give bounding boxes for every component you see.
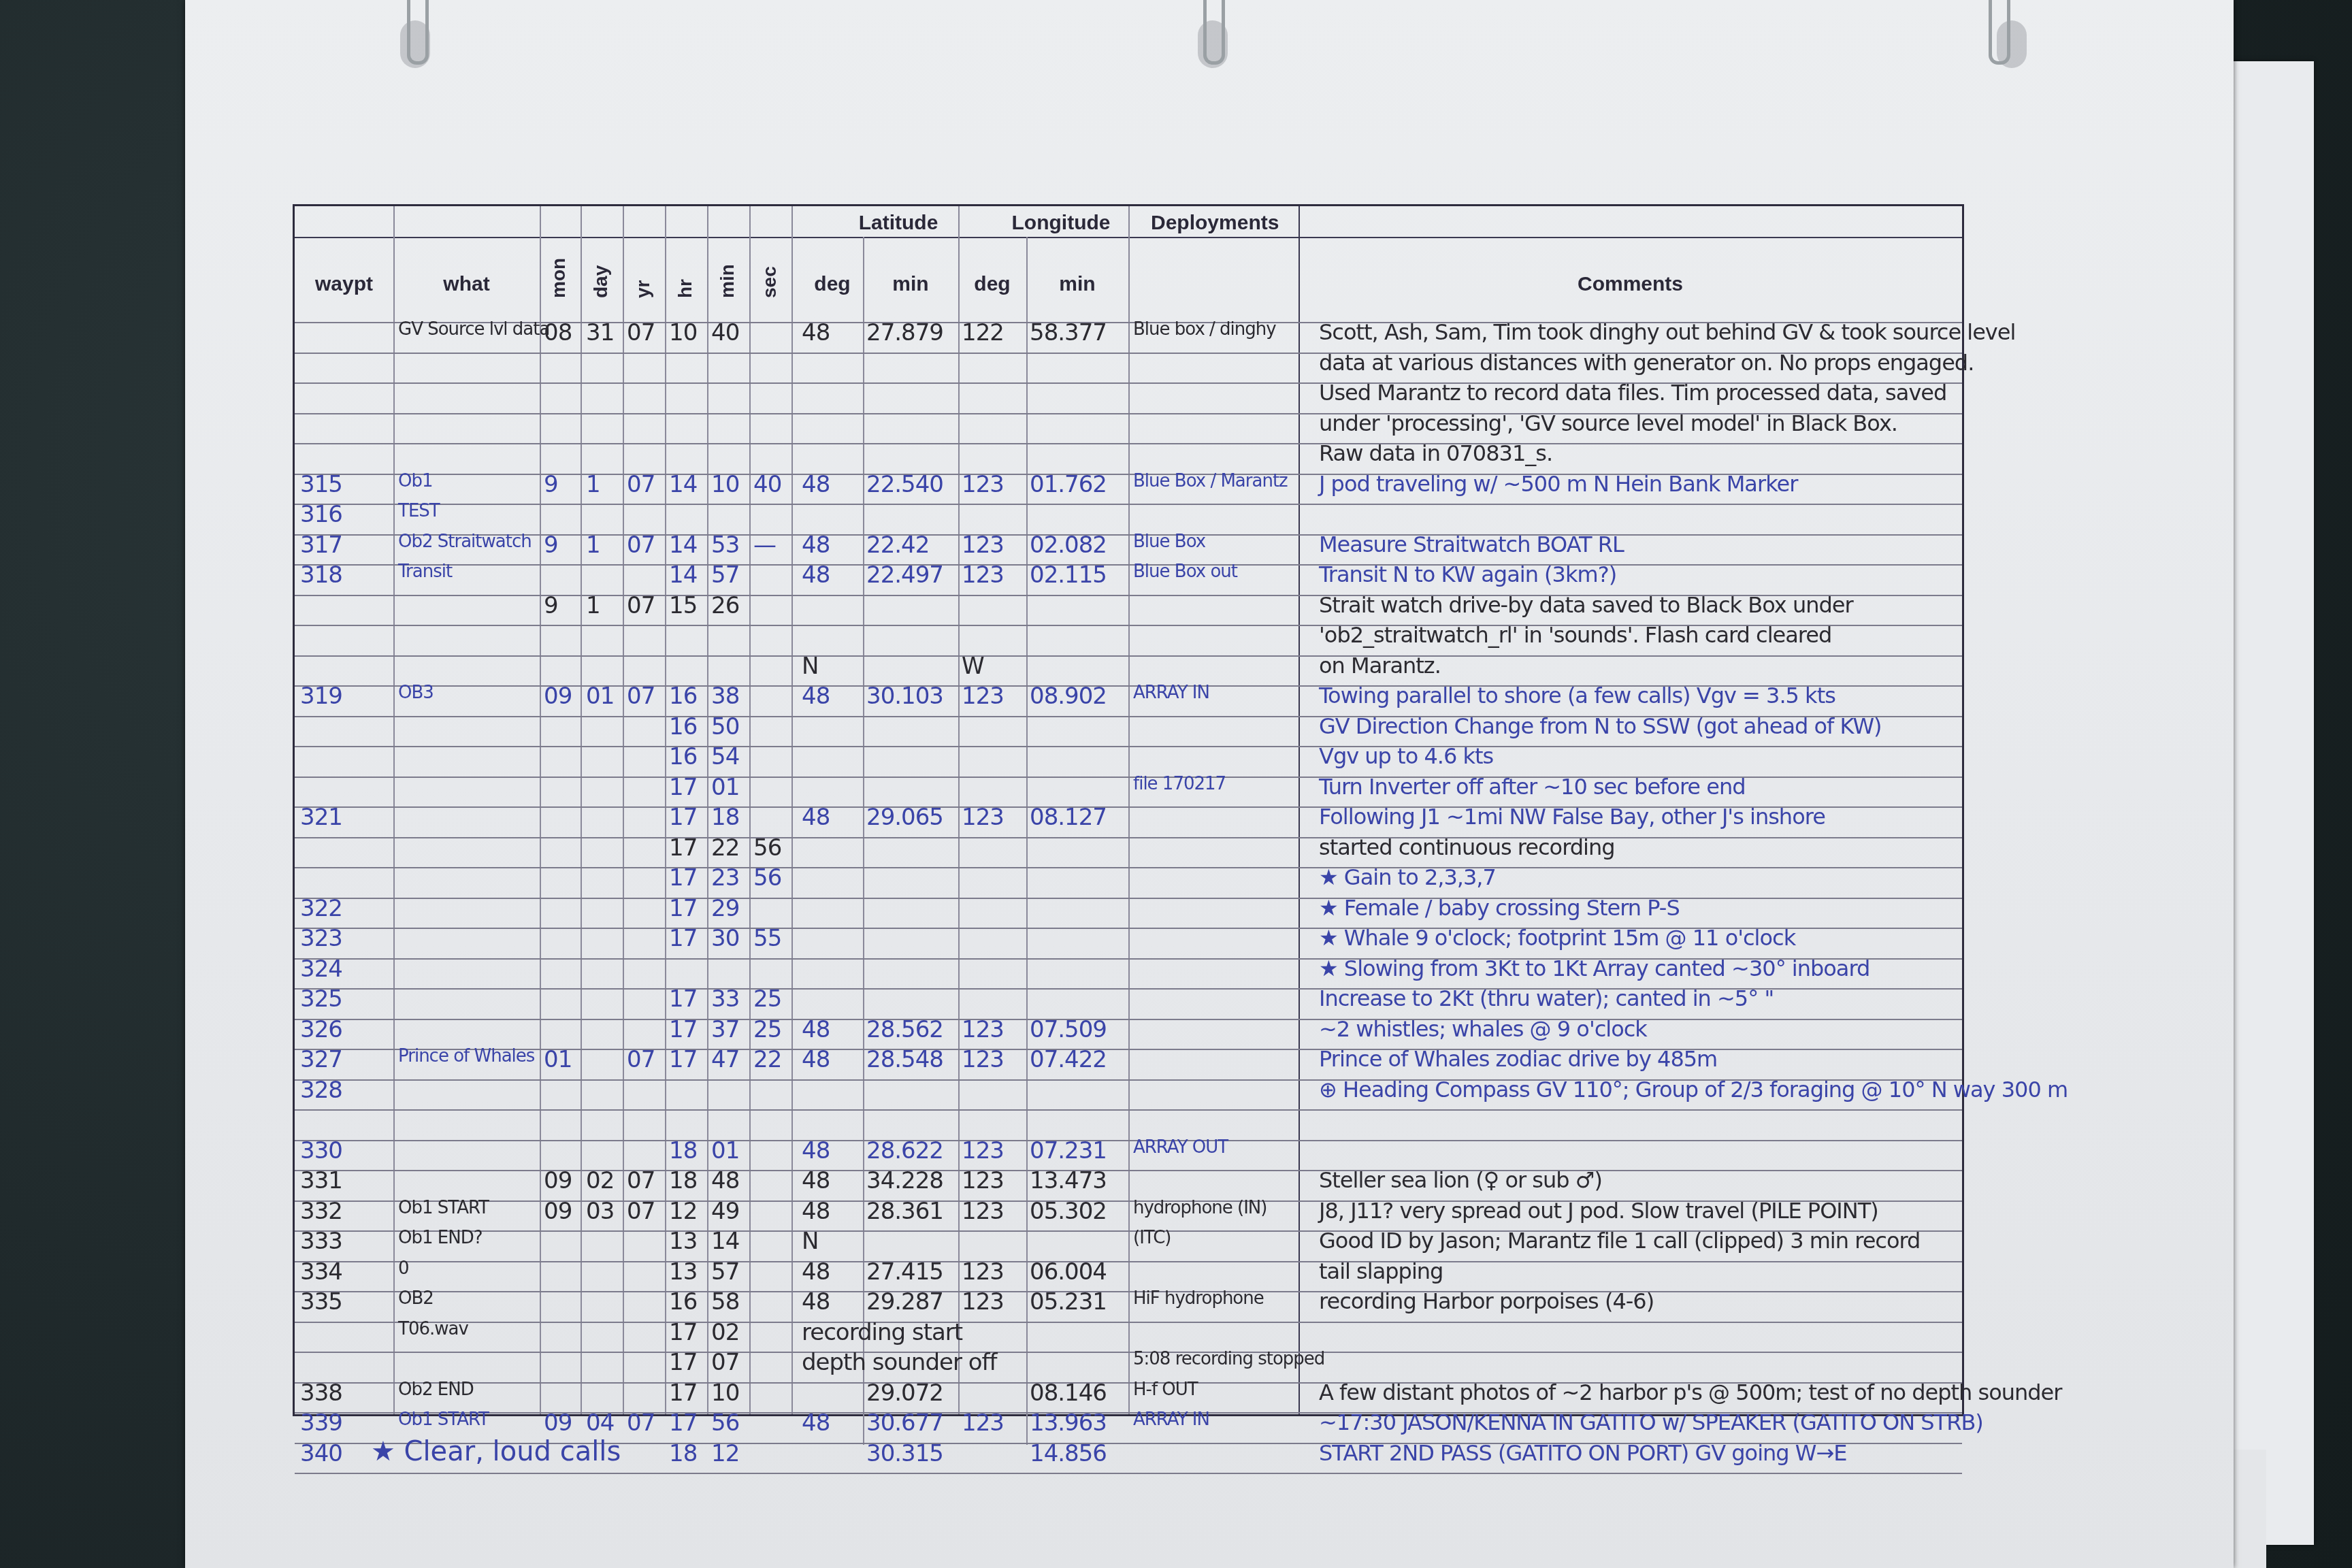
cell-comment: started continuous recording <box>1319 834 1615 860</box>
cell-waypt: 318 <box>300 561 342 589</box>
cell-day: 1 <box>586 471 600 498</box>
cell-what: OB3 <box>398 683 434 703</box>
cell-lon-min: 01.762 <box>1030 471 1107 498</box>
cell-comment: ★ Gain to 2,3,3,7 <box>1319 864 1496 890</box>
cell-day: 02 <box>586 1167 614 1194</box>
cell-lat-deg: 48 <box>802 471 830 498</box>
cell-min: 12 <box>711 1440 739 1467</box>
cell-hr: 17 <box>669 1349 697 1376</box>
header-what: what <box>393 264 540 305</box>
cell-deploy: Blue Box out <box>1133 561 1237 582</box>
cell-mon: 08 <box>544 319 572 346</box>
cell-mon: 9 <box>544 471 558 498</box>
cell-hr: 14 <box>669 471 697 498</box>
cell-what: OB2 <box>398 1288 434 1309</box>
cell-hr: 16 <box>669 743 697 770</box>
cell-comment: tail slapping <box>1319 1258 1443 1284</box>
cell-sec: 55 <box>753 925 781 952</box>
cell-waypt: 319 <box>300 683 342 710</box>
cell-lat-min: 30.677 <box>866 1409 943 1437</box>
cell-min: 54 <box>711 743 739 770</box>
cell-min: 47 <box>711 1046 739 1073</box>
grid-line <box>295 898 1962 899</box>
cell-lon-min: 02.115 <box>1030 561 1107 589</box>
cell-hr: 15 <box>669 592 697 619</box>
grid-line <box>581 206 582 1414</box>
cell-lat-min: 22.497 <box>866 561 943 589</box>
cell-comment: recording Harbor porpoises (4-6) <box>1319 1288 1654 1314</box>
field-log-table: Latitude Longitude Deployments waypt wha… <box>293 204 1964 1416</box>
cell-hr: 10 <box>669 319 697 346</box>
cell-what: Prince of Whales <box>398 1046 534 1066</box>
cell-yr: 07 <box>627 1198 655 1225</box>
grid-line <box>958 206 960 1414</box>
cell-lat-deg: 48 <box>802 1137 830 1164</box>
cell-min: 56 <box>711 1409 739 1437</box>
cell-comment: ~2 whistles; whales @ 9 o'clock <box>1319 1016 1647 1042</box>
cell-lat-min: 28.548 <box>866 1046 943 1073</box>
cell-deploy: Blue box / dinghy <box>1133 319 1276 340</box>
header-hr: hr <box>674 279 696 298</box>
header-lat-min: min <box>863 264 958 305</box>
cell-lat-min: 30.315 <box>866 1440 943 1467</box>
cell-day: 01 <box>586 683 614 710</box>
cell-hr: 17 <box>669 985 697 1013</box>
cell-hr: 18 <box>669 1167 697 1194</box>
cell-yr: 07 <box>627 1409 655 1437</box>
cell-deploy: 5:08 recording stopped <box>1133 1349 1324 1369</box>
cell-sec: — <box>753 532 776 559</box>
grid-line <box>295 746 1962 747</box>
cell-comment: under 'processing', 'GV source level mod… <box>1319 410 1897 436</box>
cell-lat-deg: 48 <box>802 1288 830 1316</box>
cell-comment: Steller sea lion (♀ or sub ♂) <box>1319 1167 1602 1193</box>
header-sec: sec <box>759 266 781 298</box>
grid-line <box>707 206 708 1414</box>
cell-waypt: 335 <box>300 1288 342 1316</box>
cell-hr: 17 <box>669 1016 697 1043</box>
cell-mon: 09 <box>544 1198 572 1225</box>
cell-day: 1 <box>586 532 600 559</box>
cell-lon-min: 08.902 <box>1030 683 1107 710</box>
cell-hr: 17 <box>669 1046 697 1073</box>
cell-lat-deg: 48 <box>802 1258 830 1286</box>
cell-waypt: 334 <box>300 1258 342 1286</box>
grid-line <box>295 655 1962 657</box>
cell-hr: 17 <box>669 925 697 952</box>
cell-comment: J8, J11? very spread out J pod. Slow tra… <box>1319 1198 1878 1224</box>
binder-ring <box>1989 0 2010 65</box>
footnote-legend: ★ Clear, loud calls <box>371 1436 621 1467</box>
cell-day: 04 <box>586 1409 614 1437</box>
cell-comment: A few distant photos of ~2 harbor p's @ … <box>1319 1379 2061 1405</box>
cell-comment: ★ Slowing from 3Kt to 1Kt Array canted ~… <box>1319 955 1869 981</box>
grid-line <box>393 206 395 1414</box>
cell-lon-deg: 123 <box>962 1258 1004 1286</box>
cell-lon-deg: 123 <box>962 1137 1004 1164</box>
cell-sec: 56 <box>753 834 781 862</box>
cell-lon-min: 58.377 <box>1030 319 1107 346</box>
cell-lat-deg: 48 <box>802 804 830 831</box>
cell-min: 10 <box>711 1379 739 1407</box>
cell-yr: 07 <box>627 471 655 498</box>
cell-min: 23 <box>711 864 739 892</box>
cell-lat-min: 29.072 <box>866 1379 943 1407</box>
cell-min: 01 <box>711 1137 739 1164</box>
grid-line <box>295 1352 1962 1353</box>
cell-lat-min: 28.562 <box>866 1016 943 1043</box>
cell-deploy: HiF hydrophone <box>1133 1288 1264 1309</box>
cell-min: 02 <box>711 1319 739 1346</box>
cell-yr: 07 <box>627 592 655 619</box>
cell-hr: 13 <box>669 1228 697 1255</box>
header-longitude: Longitude <box>978 206 1144 240</box>
header-lon-deg: deg <box>958 264 1026 305</box>
cell-comment: ★ Whale 9 o'clock; footprint 15m @ 11 o'… <box>1319 925 1795 951</box>
cell-hr: 17 <box>669 774 697 801</box>
cell-sec: 40 <box>753 471 781 498</box>
cell-lon-deg: 123 <box>962 1409 1004 1437</box>
cell-what: TEST <box>398 501 440 521</box>
cell-hr: 17 <box>669 834 697 862</box>
header-lat-deg: deg <box>802 264 863 305</box>
cell-hr: 18 <box>669 1440 697 1467</box>
cell-comment: Towing parallel to shore (a few calls) V… <box>1319 683 1835 708</box>
cell-hr: 17 <box>669 1319 697 1346</box>
cell-lat-deg: recording start <box>802 1319 962 1346</box>
cell-lat-min: 34.228 <box>866 1167 943 1194</box>
cell-comment: 'ob2_straitwatch_rl' in 'sounds'. Flash … <box>1319 622 1831 648</box>
cell-comment: on Marantz. <box>1319 653 1441 679</box>
cell-comment: Raw data in 070831_s. <box>1319 440 1552 466</box>
cell-min: 49 <box>711 1198 739 1225</box>
cell-yr: 07 <box>627 1046 655 1073</box>
cell-hr: 14 <box>669 532 697 559</box>
header-comments: Comments <box>1298 264 1962 305</box>
cell-deploy: (ITC) <box>1133 1228 1171 1248</box>
cell-lon-deg: 123 <box>962 561 1004 589</box>
cell-min: 40 <box>711 319 739 346</box>
cell-what: Ob2 Straitwatch <box>398 532 532 552</box>
cell-min: 53 <box>711 532 739 559</box>
cell-what: Ob1 END? <box>398 1228 482 1248</box>
cell-waypt: 327 <box>300 1046 342 1073</box>
cell-mon: 01 <box>544 1046 572 1073</box>
cell-min: 18 <box>711 804 739 831</box>
cell-hr: 17 <box>669 1409 697 1437</box>
cell-lon-deg: 123 <box>962 1198 1004 1225</box>
grid-line <box>295 1019 1962 1020</box>
cell-waypt: 323 <box>300 925 342 952</box>
cell-day: 03 <box>586 1198 614 1225</box>
cell-hr: 17 <box>669 804 697 831</box>
cell-hr: 16 <box>669 1288 697 1316</box>
cell-comment: Transit N to KW again (3km?) <box>1319 561 1616 587</box>
grid-line <box>623 206 624 1414</box>
cell-comment: START 2ND PASS (GATITO ON PORT) GV going… <box>1319 1440 1846 1466</box>
cell-waypt: 317 <box>300 532 342 559</box>
grid-line <box>295 1140 1962 1141</box>
cell-lat-min: 30.103 <box>866 683 943 710</box>
cell-min: 01 <box>711 774 739 801</box>
cell-day: 31 <box>586 319 614 346</box>
grid-line <box>295 1261 1962 1262</box>
cell-hr: 16 <box>669 713 697 740</box>
cell-lat-deg: N <box>802 653 818 680</box>
cell-waypt: 333 <box>300 1228 342 1255</box>
grid-line <box>295 1109 1962 1111</box>
cell-lat-min: 28.361 <box>866 1198 943 1225</box>
cell-min: 50 <box>711 713 739 740</box>
cell-lon-min: 02.082 <box>1030 532 1107 559</box>
cell-min: 22 <box>711 834 739 862</box>
header-yr: yr <box>632 280 654 298</box>
cell-lon-deg: 123 <box>962 532 1004 559</box>
cell-waypt: 324 <box>300 955 342 983</box>
cell-deploy: Blue Box / Marantz <box>1133 471 1288 491</box>
cell-waypt: 321 <box>300 804 342 831</box>
header-mon: mon <box>548 258 570 298</box>
cell-lat-deg: 48 <box>802 1409 830 1437</box>
grid-line <box>295 867 1962 868</box>
cell-mon: 09 <box>544 1409 572 1437</box>
cell-min: 30 <box>711 925 739 952</box>
cell-hr: 17 <box>669 864 697 892</box>
cell-min: 57 <box>711 1258 739 1286</box>
grid-line <box>1298 206 1300 1414</box>
cell-lat-deg: 48 <box>802 319 830 346</box>
cell-comment: ★ Female / baby crossing Stern P-S <box>1319 895 1680 921</box>
cell-yr: 07 <box>627 319 655 346</box>
cell-what: Transit <box>398 561 452 582</box>
cell-lon-deg: 123 <box>962 1046 1004 1073</box>
cell-min: 07 <box>711 1349 739 1376</box>
cell-min: 57 <box>711 561 739 589</box>
cell-comment: Used Marantz to record data files. Tim p… <box>1319 380 1946 406</box>
cell-hr: 16 <box>669 683 697 710</box>
cell-comment: Strait watch drive-by data saved to Blac… <box>1319 592 1853 618</box>
cell-comment: Measure Straitwatch BOAT RL <box>1319 532 1624 557</box>
cell-min: 10 <box>711 471 739 498</box>
cell-what: GV Source lvl data <box>398 319 549 340</box>
cell-comment: Good ID by Jason; Marantz file 1 call (c… <box>1319 1228 1920 1254</box>
cell-comment: Scott, Ash, Sam, Tim took dinghy out beh… <box>1319 319 2015 345</box>
cell-lon-deg: 123 <box>962 683 1004 710</box>
cell-waypt: 328 <box>300 1077 342 1104</box>
cell-lon-min: 07.422 <box>1030 1046 1107 1073</box>
cell-lon-min: 13.963 <box>1030 1409 1107 1437</box>
cell-lat-min: 28.622 <box>866 1137 943 1164</box>
cell-day: 1 <box>586 592 600 619</box>
cell-lat-deg: 48 <box>802 1046 830 1073</box>
cell-yr: 07 <box>627 683 655 710</box>
cell-comment: Turn Inverter off after ~10 sec before e… <box>1319 774 1746 800</box>
cell-comment: ~17:30 JASON/KENNA IN GATITO w/ SPEAKER … <box>1319 1409 1983 1435</box>
cell-lat-deg: 48 <box>802 1198 830 1225</box>
cell-waypt: 330 <box>300 1137 342 1164</box>
cell-min: 38 <box>711 683 739 710</box>
cell-lat-deg: 48 <box>802 1167 830 1194</box>
cell-waypt: 340 <box>300 1440 342 1467</box>
cell-deploy: file 170217 <box>1133 774 1226 794</box>
grid-line <box>295 1473 1962 1474</box>
grid-line <box>540 206 541 1414</box>
cell-waypt: 326 <box>300 1016 342 1043</box>
cell-lon-min: 07.509 <box>1030 1016 1107 1043</box>
cell-lon-deg: 122 <box>962 319 1004 346</box>
cell-hr: 12 <box>669 1198 697 1225</box>
grid-line <box>295 1291 1962 1292</box>
cell-lon-deg: 123 <box>962 1288 1004 1316</box>
cell-deploy: H-f OUT <box>1133 1379 1198 1400</box>
cell-min: 26 <box>711 592 739 619</box>
cell-comment: Prince of Whales zodiac drive by 485m <box>1319 1046 1717 1072</box>
cell-comment: ⊕ Heading Compass GV 110°; Group of 2/3 … <box>1319 1077 2068 1102</box>
cell-lat-deg: depth sounder off <box>802 1349 996 1376</box>
cell-mon: 09 <box>544 683 572 710</box>
cell-what: T06.wav <box>398 1319 468 1339</box>
cell-waypt: 331 <box>300 1167 342 1194</box>
cell-sec: 22 <box>753 1046 781 1073</box>
cell-comment: data at various distances with generator… <box>1319 350 1974 376</box>
cell-lat-min: 29.065 <box>866 804 943 831</box>
cell-lat-min: 27.879 <box>866 319 943 346</box>
cell-lat-min: 27.415 <box>866 1258 943 1286</box>
cell-comment: J pod traveling w/ ~500 m N Hein Bank Ma… <box>1319 471 1797 497</box>
header-min: min <box>717 264 738 298</box>
cell-what: Ob1 <box>398 471 433 491</box>
cell-comment: Following J1 ~1mi NW False Bay, other J'… <box>1319 804 1825 830</box>
cell-mon: 9 <box>544 532 558 559</box>
cell-what: Ob2 END <box>398 1379 474 1400</box>
grid-line <box>665 206 666 1414</box>
cell-comment: GV Direction Change from N to SSW (got a… <box>1319 713 1882 739</box>
cell-lon-min: 08.146 <box>1030 1379 1107 1407</box>
cell-lat-deg: 48 <box>802 561 830 589</box>
cell-lat-min: 29.287 <box>866 1288 943 1316</box>
grid-line <box>295 504 1962 505</box>
cell-mon: 9 <box>544 592 558 619</box>
cell-lon-min: 06.004 <box>1030 1258 1107 1286</box>
cell-lat-deg: 48 <box>802 532 830 559</box>
cell-sec: 25 <box>753 985 781 1013</box>
cell-lon-deg: 123 <box>962 804 1004 831</box>
cell-lon-deg: 123 <box>962 1167 1004 1194</box>
cell-min: 14 <box>711 1228 739 1255</box>
cell-deploy: ARRAY OUT <box>1133 1137 1228 1158</box>
cell-yr: 07 <box>627 1167 655 1194</box>
cell-what: Ob1 START <box>398 1409 489 1430</box>
cell-waypt: 332 <box>300 1198 342 1225</box>
cell-lon-min: 05.231 <box>1030 1288 1107 1316</box>
cell-what: Ob1 START <box>398 1198 489 1218</box>
grid-line <box>295 837 1962 838</box>
cell-lat-deg: 48 <box>802 683 830 710</box>
binder-ring <box>407 0 429 65</box>
cell-waypt: 325 <box>300 985 342 1013</box>
grid-line <box>1026 237 1028 1445</box>
grid-line <box>1128 206 1130 1414</box>
cell-hr: 13 <box>669 1258 697 1286</box>
cell-min: 29 <box>711 895 739 922</box>
grid-line <box>295 443 1962 444</box>
cell-waypt: 316 <box>300 501 342 528</box>
grid-line <box>791 206 793 1414</box>
cell-min: 37 <box>711 1016 739 1043</box>
cell-hr: 14 <box>669 561 697 589</box>
cell-min: 58 <box>711 1288 739 1316</box>
cell-hr: 17 <box>669 1379 697 1407</box>
cell-mon: 09 <box>544 1167 572 1194</box>
grid-line <box>749 206 751 1414</box>
grid-line <box>295 1322 1962 1323</box>
grid-line <box>295 564 1962 566</box>
cell-waypt: 322 <box>300 895 342 922</box>
cell-lat-deg: N <box>802 1228 818 1255</box>
header-lon-min: min <box>1026 264 1128 305</box>
cell-deploy: ARRAY IN <box>1133 1409 1209 1430</box>
cell-lon-min: 07.231 <box>1030 1137 1107 1164</box>
cell-yr: 07 <box>627 532 655 559</box>
cell-waypt: 339 <box>300 1409 342 1437</box>
header-day: day <box>590 265 612 298</box>
cell-comment: Vgv up to 4.6 kts <box>1319 743 1493 769</box>
cell-lon-min: 13.473 <box>1030 1167 1107 1194</box>
cell-lat-deg: 48 <box>802 1016 830 1043</box>
cell-lon-deg: W <box>962 653 984 680</box>
cell-comment: Increase to 2Kt (thru water); canted in … <box>1319 985 1774 1011</box>
binder-ring <box>1203 0 1225 65</box>
grid-line <box>863 237 864 1445</box>
cell-min: 48 <box>711 1167 739 1194</box>
cell-hr: 18 <box>669 1137 697 1164</box>
cell-what: 0 <box>398 1258 409 1279</box>
cell-lon-deg: 123 <box>962 1016 1004 1043</box>
cell-lat-min: 22.540 <box>866 471 943 498</box>
cell-waypt: 338 <box>300 1379 342 1407</box>
cell-lon-min: 08.127 <box>1030 804 1107 831</box>
cell-waypt: 315 <box>300 471 342 498</box>
header-deployments: Deployments <box>1144 206 1314 240</box>
cell-deploy: Blue Box <box>1133 532 1205 552</box>
cell-lon-min: 05.302 <box>1030 1198 1107 1225</box>
cell-lon-min: 14.856 <box>1030 1440 1107 1467</box>
cell-min: 33 <box>711 985 739 1013</box>
header-latitude: Latitude <box>819 206 978 240</box>
cell-hr: 17 <box>669 895 697 922</box>
cell-sec: 56 <box>753 864 781 892</box>
cell-deploy: hydrophone (IN) <box>1133 1198 1267 1218</box>
cell-lon-deg: 123 <box>962 471 1004 498</box>
cell-lat-min: 22.42 <box>866 532 929 559</box>
cell-deploy: ARRAY IN <box>1133 683 1209 703</box>
cell-sec: 25 <box>753 1016 781 1043</box>
header-waypt: waypt <box>295 264 393 305</box>
